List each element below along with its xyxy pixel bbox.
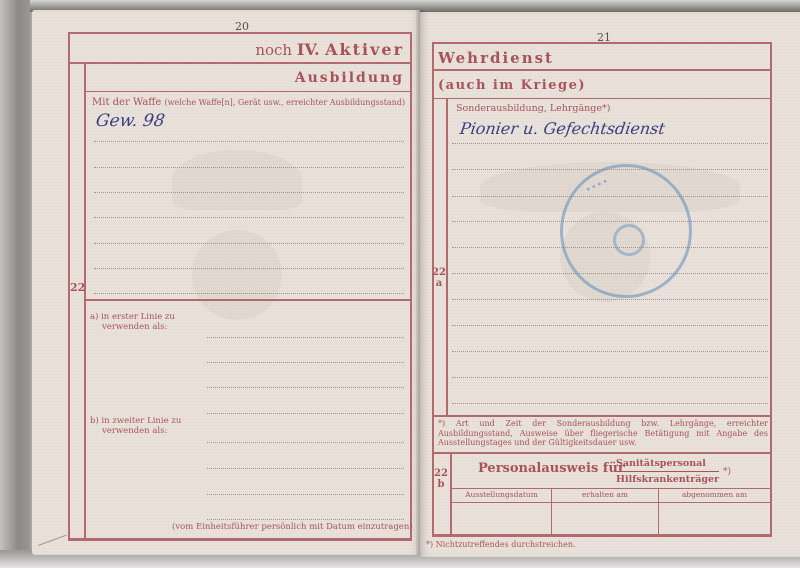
column-header-issue-date: Ausstellungsdatum bbox=[452, 490, 551, 499]
usage-b-label: b) in zweiter Linie zu verwenden als: bbox=[90, 416, 181, 436]
eagle-watermark-icon bbox=[172, 150, 302, 210]
row-22b-number: 22 b bbox=[432, 468, 450, 490]
handwritten-training-entry: Pionier u. Gefechtsdienst bbox=[459, 119, 667, 138]
booklet-cover-spine bbox=[0, 0, 30, 568]
personalausweis-options: Sanitätspersonal Hilfskrankenträger bbox=[616, 456, 719, 487]
options-asterisk: *) bbox=[723, 467, 731, 477]
cell-received bbox=[552, 504, 658, 534]
cell-taken bbox=[659, 504, 770, 534]
header-subtitle: Ausbildung bbox=[295, 70, 404, 86]
weapon-label: Mit der Waffe (welche Waffe[n], Gerät us… bbox=[92, 97, 405, 108]
bottom-note: *) Nichtzutreffendes durchstreichen. bbox=[426, 540, 576, 549]
stamp-emblem-icon bbox=[613, 224, 645, 256]
left-page: 20 noch IV. Aktiver Ausbildung 22 Mit de… bbox=[32, 10, 420, 555]
footnote-star: *) Art und Zeit der Sonderausbildung bzw… bbox=[438, 419, 768, 448]
right-page: 21 Wehrdienst (auch im Kriege) 22 a Sond… bbox=[420, 12, 800, 557]
pencil-mark bbox=[35, 527, 66, 546]
special-training-label: Sonderausbildung, Lehrgänge*) bbox=[456, 103, 610, 114]
cell-issue-date bbox=[452, 504, 551, 534]
header-title: noch IV. Aktiver bbox=[255, 40, 404, 60]
column-header-taken: abgenommen am bbox=[659, 490, 770, 499]
unit-stamp: •••• bbox=[560, 164, 692, 298]
column-header-received: erhalten am bbox=[552, 490, 658, 499]
usage-a-label: a) in erster Linie zu verwenden als: bbox=[90, 312, 175, 332]
row-22a-number: 22 a bbox=[432, 267, 446, 289]
header-title: Wehrdienst bbox=[438, 49, 554, 67]
stamp-text: •••• bbox=[584, 176, 610, 194]
handwritten-weapon-entry: Gew. 98 bbox=[95, 111, 166, 131]
row-number: 22 bbox=[70, 281, 84, 294]
header-subtitle: (auch im Kriege) bbox=[438, 78, 586, 93]
personalausweis-title: Personalausweis für bbox=[478, 461, 625, 476]
footer-note: (vom Einheitsführer persönlich mit Datum… bbox=[172, 522, 413, 532]
